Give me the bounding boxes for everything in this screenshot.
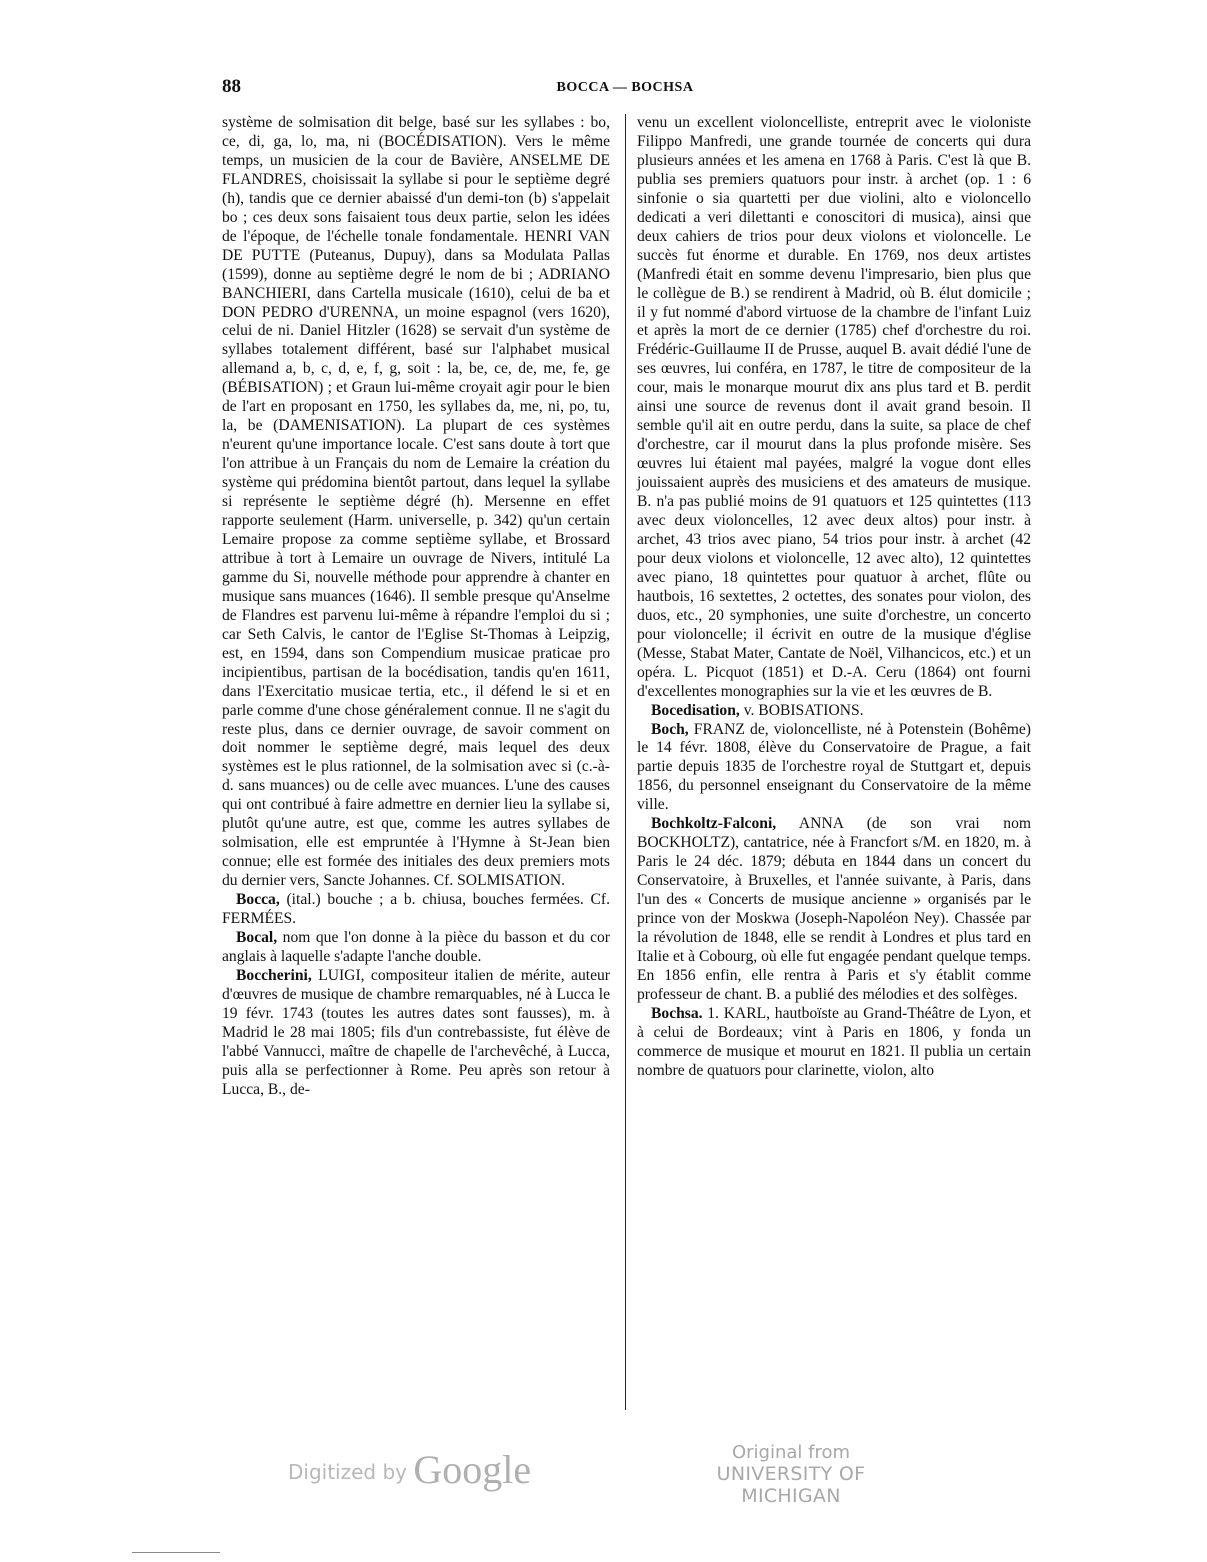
running-head: BOCCA — BOCHSA: [222, 80, 1028, 96]
bottom-rule: [132, 1552, 220, 1553]
left-column: système de solmisation dit belge, basé s…: [222, 114, 610, 1100]
entry-bocca: Bocca, (ital.) bouche ; a b. chiusa, bou…: [222, 891, 610, 929]
google-logo: Google: [413, 1447, 531, 1492]
digitized-prefix: Digitized by: [288, 1460, 407, 1484]
headword: Bocedisation,: [651, 702, 740, 719]
headword: Boch,: [651, 721, 689, 738]
original-from-watermark: Original from UNIVERSITY OF MICHIGAN: [666, 1442, 916, 1507]
headword: Boccherini,: [236, 967, 312, 984]
original-from-label: Original from: [666, 1442, 916, 1463]
headword: Bocca,: [236, 891, 280, 908]
entry-boch: Boch, FRANZ de, violoncelliste, né à Pot…: [637, 721, 1031, 816]
entry-bocal: Bocal, nom que l'on donne à la pièce du …: [222, 929, 610, 967]
footer-watermark: Digitized by Google Original from UNIVER…: [0, 1438, 1207, 1508]
entry-text: (ital.) bouche ; a b. chiusa, bouches fe…: [222, 891, 610, 927]
entry-bochsa: Bochsa. 1. KARL, hautboïste au Grand-Thé…: [637, 1005, 1031, 1081]
university-name: UNIVERSITY OF MICHIGAN: [666, 1463, 916, 1507]
entry-bochkoltz-falconi: Bochkoltz-Falconi, ANNA (de son vrai nom…: [637, 815, 1031, 1005]
entry-text: FRANZ de, violoncelliste, né à Potenstei…: [637, 721, 1031, 814]
headword: Bochsa.: [651, 1005, 703, 1022]
headword: Bocal,: [236, 929, 277, 946]
right-column: venu un excellent violoncelliste, entrep…: [637, 114, 1031, 1081]
entry-text: ANNA (de son vrai nom BOCKHOLTZ), cantat…: [637, 815, 1031, 1003]
digitized-by-google-watermark: Digitized by Google: [288, 1446, 531, 1493]
column-divider: [625, 114, 626, 1410]
paragraph-boccherini-continued: venu un excellent violoncelliste, entrep…: [637, 114, 1031, 702]
entry-boccherini: Boccherini, LUIGI, compositeur italien d…: [222, 967, 610, 1100]
entry-text: v. BOBISATIONS.: [740, 702, 864, 719]
entry-text: nom que l'on donne à la pièce du basson …: [222, 929, 610, 965]
paragraph-solmisation-continued: système de solmisation dit belge, basé s…: [222, 114, 610, 891]
entry-bocedisation: Bocedisation, v. BOBISATIONS.: [637, 702, 1031, 721]
headword: Bochkoltz-Falconi,: [651, 815, 776, 832]
page-header: 88 BOCCA — BOCHSA: [222, 76, 1028, 102]
entry-text: LUIGI, compositeur italien de mérite, au…: [222, 967, 610, 1098]
